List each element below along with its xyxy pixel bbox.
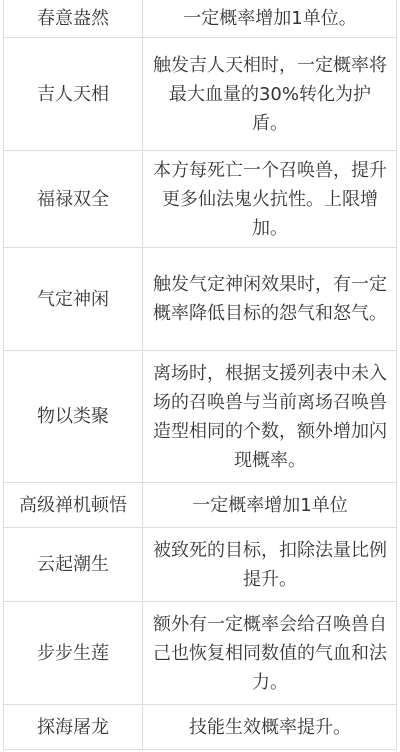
skill-table-container: 春意盎然 一定概率增加1单位。 吉人天相 触发吉人天相时，一定概率将最大血量的3… — [3, 0, 397, 750]
skill-description: 一定概率增加1单位 — [143, 483, 397, 528]
table-row: 高级禅机顿悟 一定概率增加1单位 — [4, 483, 397, 528]
skill-description: 离场时，根据支援列表中未入场的召唤兽与当前离场召唤兽造型相同的个数，额外增加闪现… — [143, 351, 397, 483]
table-row: 步步生莲 额外有一定概率会给召唤兽自己也恢复相同数值的气血和法力。 — [4, 602, 397, 705]
skill-description: 一定概率增加1单位。 — [143, 0, 397, 38]
table-row: 气定神闲 触发气定神闲效果时，有一定概率降低目标的怨气和怒气。 — [4, 248, 397, 351]
skill-name: 气定神闲 — [4, 248, 143, 351]
skill-name: 探海屠龙 — [4, 705, 143, 750]
skill-description: 触发气定神闲效果时，有一定概率降低目标的怨气和怒气。 — [143, 248, 397, 351]
table-row: 探海屠龙 技能生效概率提升。 — [4, 705, 397, 750]
skill-name: 云起潮生 — [4, 528, 143, 602]
table-row: 春意盎然 一定概率增加1单位。 — [4, 0, 397, 38]
table-row: 物以类聚 离场时，根据支援列表中未入场的召唤兽与当前离场召唤兽造型相同的个数，额… — [4, 351, 397, 483]
skill-name: 物以类聚 — [4, 351, 143, 483]
skill-name: 春意盎然 — [4, 0, 143, 38]
skill-name: 高级禅机顿悟 — [4, 483, 143, 528]
skill-description: 本方每死亡一个召唤兽，提升更多仙法鬼火抗性。上限增加。 — [143, 151, 397, 248]
skill-description: 技能生效概率提升。 — [143, 705, 397, 750]
skill-name: 步步生莲 — [4, 602, 143, 705]
table-row: 吉人天相 触发吉人天相时，一定概率将最大血量的30%转化为护盾。 — [4, 38, 397, 151]
skill-name: 吉人天相 — [4, 38, 143, 151]
skill-description: 触发吉人天相时，一定概率将最大血量的30%转化为护盾。 — [143, 38, 397, 151]
skill-description: 被致死的目标，扣除法量比例提升。 — [143, 528, 397, 602]
skill-table: 春意盎然 一定概率增加1单位。 吉人天相 触发吉人天相时，一定概率将最大血量的3… — [3, 0, 397, 750]
table-row: 云起潮生 被致死的目标，扣除法量比例提升。 — [4, 528, 397, 602]
table-row: 福禄双全 本方每死亡一个召唤兽，提升更多仙法鬼火抗性。上限增加。 — [4, 151, 397, 248]
skill-name: 福禄双全 — [4, 151, 143, 248]
skill-description: 额外有一定概率会给召唤兽自己也恢复相同数值的气血和法力。 — [143, 602, 397, 705]
